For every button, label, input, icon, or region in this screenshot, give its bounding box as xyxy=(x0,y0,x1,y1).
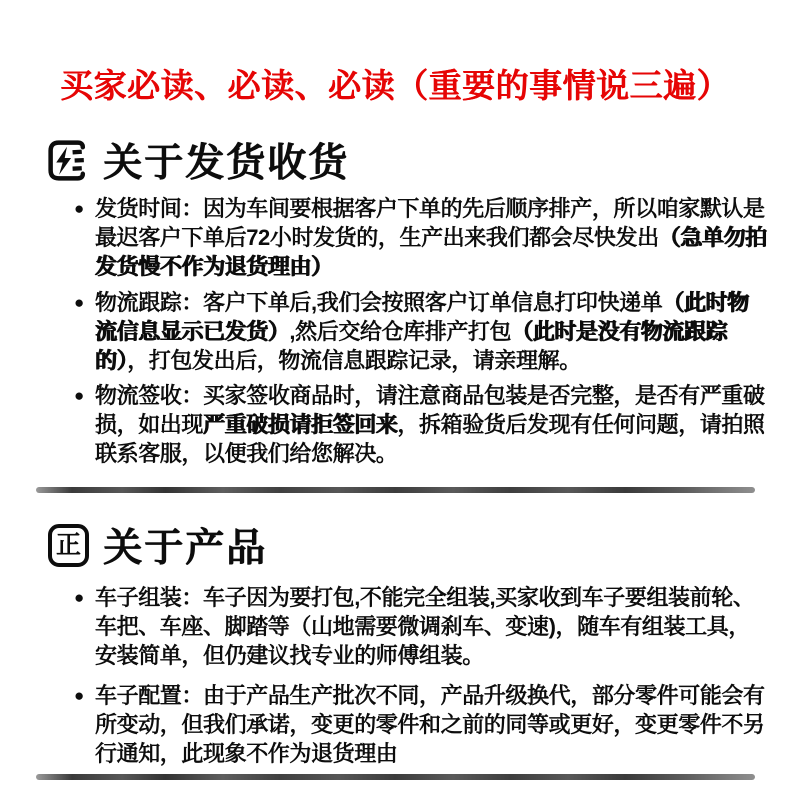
bullet-text: 发货时间：因为车间要根据客户下单的先后顺序排产，所以咱家默认是最迟客户下单后72… xyxy=(95,194,768,281)
bullet-shipping-time: ● 发货时间：因为车间要根据客户下单的先后顺序排产，所以咱家默认是最迟客户下单后… xyxy=(74,194,768,281)
bullet-label: 车子组装： xyxy=(95,585,203,610)
bullet-text: 车子配置：由于产品生产批次不同，产品升级换代，部分零件可能会有所变动，但我们承诺… xyxy=(95,681,768,768)
bullet-label: 物流签收： xyxy=(95,383,203,408)
bullet-bike-assembly: ● 车子组装：车子因为要打包,不能完全组装,买家收到车子要组装前轮、车把、车座、… xyxy=(74,583,768,670)
bullet-dot-icon: ● xyxy=(74,381,95,410)
section-header-shipping: 关于发货收货 xyxy=(45,132,349,188)
genuine-badge-glyph: 正 xyxy=(56,533,81,558)
bullet-logistics-tracking: ● 物流跟踪：客户下单后,我们会按照客户订单信息打印快递单（此时物流信息显示已发… xyxy=(74,288,768,375)
bullet-dot-icon: ● xyxy=(74,583,95,612)
bullet-label: 发货时间： xyxy=(95,196,203,221)
bullet-bike-configuration: ● 车子配置：由于产品生产批次不同，产品升级换代，部分零件可能会有所变动，但我们… xyxy=(74,681,768,768)
bottom-divider xyxy=(36,774,755,780)
section-header-product: 正 关于产品 xyxy=(45,517,267,573)
flash-list-icon xyxy=(45,137,92,184)
genuine-badge-icon: 正 xyxy=(45,522,92,569)
bullet-text: 物流签收：买家签收商品时，请注意商品包装是否完整，是否有严重破损，如出现严重破损… xyxy=(95,381,768,468)
bullet-text: 物流跟踪：客户下单后,我们会按照客户订单信息打印快递单（此时物流信息显示已发货）… xyxy=(95,288,768,375)
section-heading-shipping: 关于发货收货 xyxy=(103,132,349,188)
genuine-badge-frame: 正 xyxy=(48,524,89,567)
bullet-label: 物流跟踪： xyxy=(95,290,203,315)
buyer-notice-page: 买家必读、必读、必读（重要的事情说三遍） 关于发货收货 ● 发货时间：因为车间要… xyxy=(0,0,790,801)
bullet-logistics-signoff: ● 物流签收：买家签收商品时，请注意商品包装是否完整，是否有严重破损，如出现严重… xyxy=(74,381,768,468)
section-heading-product: 关于产品 xyxy=(103,517,267,573)
bullet-dot-icon: ● xyxy=(74,288,95,317)
page-title: 买家必读、必读、必读（重要的事情说三遍） xyxy=(0,60,790,107)
bullet-label: 车子配置： xyxy=(95,683,203,708)
bullet-dot-icon: ● xyxy=(74,681,95,710)
bullet-text: 车子组装：车子因为要打包,不能完全组装,买家收到车子要组装前轮、车把、车座、脚踏… xyxy=(95,583,768,670)
section-divider xyxy=(36,487,755,493)
bullet-dot-icon: ● xyxy=(74,194,95,223)
